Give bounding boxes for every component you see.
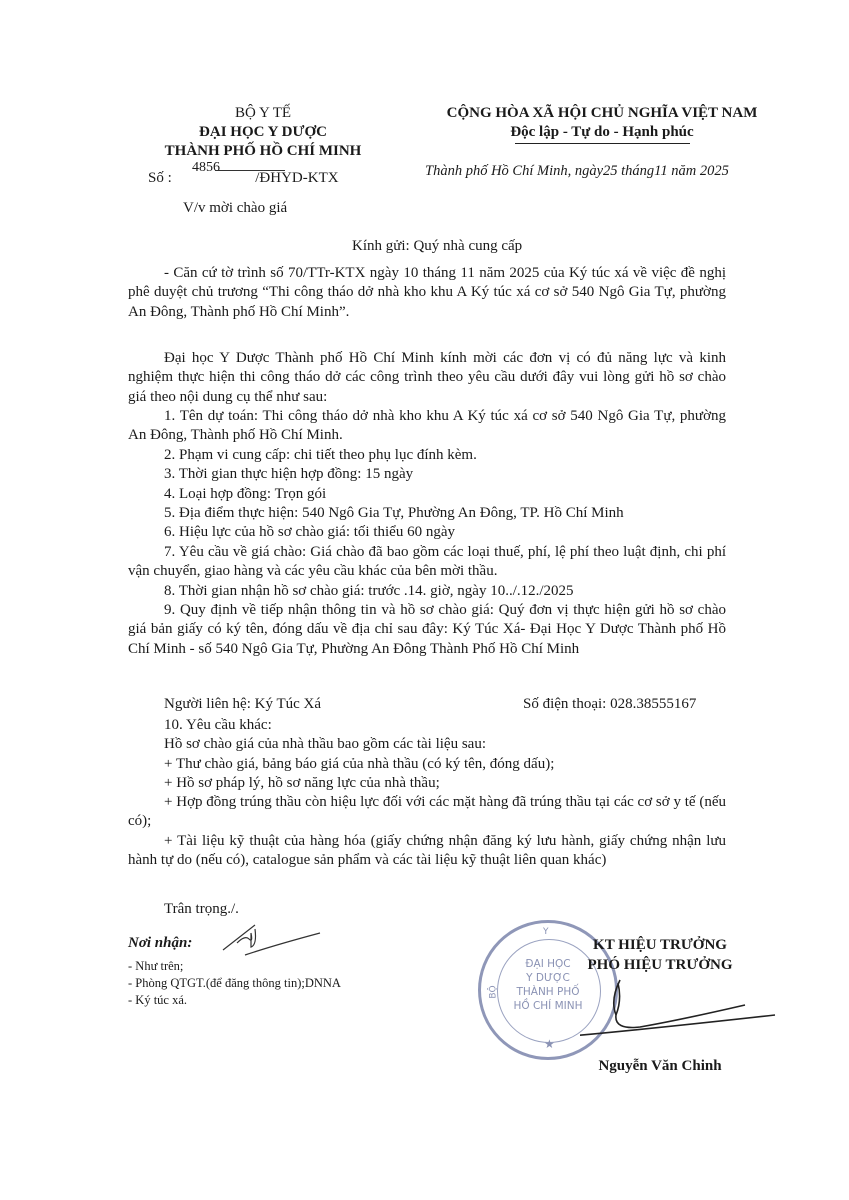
required-doc-1: + Thư chào giá, bảng báo giá của nhà thầ… — [128, 755, 762, 774]
item-4: 4. Loại hợp đồng: Trọn gói — [128, 485, 762, 504]
stamp-star-icon: ★ — [544, 1037, 555, 1052]
national-header: CỘNG HÒA XÃ HỘI CHỦ NGHĨA VIỆT NAM Độc l… — [412, 104, 792, 144]
stamp-line: THÀNH PHỐ — [481, 985, 615, 999]
basis-paragraph: - Căn cứ tờ trình số 70/TTr-KTX ngày 10 … — [128, 264, 726, 322]
recipients-title: Nơi nhận: — [128, 935, 192, 952]
stamp-line: HỒ CHÍ MINH — [481, 999, 615, 1013]
initials-signature-icon — [215, 915, 325, 960]
item-6: 6. Hiệu lực của hồ sơ chào giá: tối thiể… — [128, 523, 762, 542]
required-doc-2: + Hồ sơ pháp lý, hồ sơ năng lực của nhà … — [128, 774, 762, 793]
invitation-paragraph: Đại học Y Dược Thành phố Hồ Chí Minh kín… — [128, 349, 726, 407]
motto-underline — [515, 143, 690, 144]
stamp-top-mark: Y — [543, 927, 549, 937]
subject-line: V/v mời chào giá — [183, 200, 287, 217]
required-doc-3: + Hợp đồng trúng thầu còn hiệu lực đối v… — [128, 793, 726, 832]
national-motto: Độc lập - Tự do - Hạnh phúc — [412, 123, 792, 142]
item-2: 2. Phạm vi cung cấp: chi tiết theo phụ l… — [128, 446, 762, 465]
signatory-title: KT HIỆU TRƯỞNG PHÓ HIỆU TRƯỞNG — [560, 935, 760, 975]
signatory-title-line2: PHÓ HIỆU TRƯỞNG — [560, 955, 760, 975]
national-title: CỘNG HÒA XÃ HỘI CHỦ NGHĨA VIỆT NAM — [412, 104, 792, 123]
signatory-title-line1: KT HIỆU TRƯỞNG — [560, 935, 760, 955]
item-7: 7. Yêu cầu về giá chào: Giá chào đã bao … — [128, 543, 726, 582]
contact-phone: Số điện thoại: 028.38555167 — [523, 696, 696, 713]
item-5: 5. Địa điểm thực hiện: 540 Ngô Gia Tự, P… — [128, 504, 762, 523]
doc-number-label: Số : — [148, 170, 172, 186]
recipient-item: - Phòng QTGT.(để đăng thông tin);DNNA — [128, 975, 341, 992]
other-requirements-title: 10. Yêu cầu khác: — [128, 716, 762, 735]
item-1: 1. Tên dự toán: Thi công tháo dở nhà kho… — [128, 407, 726, 446]
contact-line: Người liên hệ: Ký Túc Xá Số điện thoại: … — [164, 696, 724, 713]
required-doc-4: + Tài liệu kỹ thuật của hàng hóa (giấy c… — [128, 832, 726, 871]
university-name-line1: ĐẠI HỌC Y DƯỢC — [128, 123, 398, 142]
contact-person: Người liên hệ: Ký Túc Xá — [164, 696, 321, 712]
item-8: 8. Thời gian nhận hồ sơ chào giá: trước … — [128, 582, 762, 601]
university-name-line2: THÀNH PHỐ HỒ CHÍ MINH — [128, 142, 398, 161]
issuer-header: BỘ Y TẾ ĐẠI HỌC Y DƯỢC THÀNH PHỐ HỒ CHÍ … — [128, 104, 398, 161]
signatory-name: Nguyễn Văn Chinh — [560, 1058, 760, 1075]
item-3: 3. Thời gian thực hiện hợp đồng: 15 ngày — [128, 465, 762, 484]
closing: Trân trọng./. — [164, 901, 239, 918]
doc-number-suffix: /ĐHYD-KTX — [255, 170, 338, 186]
doc-number: Số : /ĐHYD-KTX — [148, 170, 339, 187]
date-line: Thành phố Hồ Chí Minh, ngày25 tháng11 nă… — [425, 163, 805, 180]
ministry-name: BỘ Y TẾ — [128, 104, 398, 123]
recipient-item: - Như trên; — [128, 958, 341, 975]
recipients-list: - Như trên; - Phòng QTGT.(để đăng thông … — [128, 958, 341, 1009]
item-9: 9. Quy định về tiếp nhận thông tin và hồ… — [128, 601, 726, 659]
salutation: Kính gửi: Quý nhà cung cấp — [352, 238, 522, 255]
recipient-item: - Ký túc xá. — [128, 992, 341, 1009]
other-requirements-intro: Hồ sơ chào giá của nhà thầu bao gồm các … — [128, 735, 762, 754]
